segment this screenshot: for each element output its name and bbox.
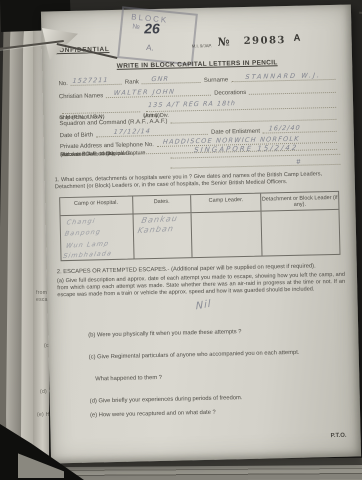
camp-entry-handwritten: Banpong xyxy=(64,228,102,238)
capture-dotted-line xyxy=(170,163,340,169)
bottom-paper-stack-edge xyxy=(52,465,362,480)
col-dates: Dates. xyxy=(133,195,192,213)
pencil-mark: # xyxy=(296,159,300,166)
camps-table: Camp or Hospital. Dates. Camp Leader. De… xyxy=(59,191,340,261)
camp-leader-cell xyxy=(192,212,263,258)
block-number-stamp: BLOCK № 26 A. xyxy=(117,6,198,65)
underlying-page-fragment: from xyxy=(36,290,47,296)
date-of-enlistment-value-handwritten: 16/2/40 xyxy=(269,124,302,133)
capture-label-line3: and date of a/c crash). xyxy=(60,151,115,159)
unit-div-value-handwritten: 135 A/T REG RA 18th xyxy=(148,99,236,109)
form-instruction: WRITE IN BLOCK CAPITAL LETTERS IN PENCIL xyxy=(42,58,352,72)
camp-entry-handwritten: Simbhalada xyxy=(63,249,113,260)
dates-cell: Bankau Kanban xyxy=(133,213,193,258)
capture-field: SINGAPORE 15/2/42 # xyxy=(170,146,341,174)
document-page: BLOCK № 26 A. CONFIDENTIAL M.I. 9/JAP. №… xyxy=(41,5,361,464)
col-camp-or-hospital: Camp or Hospital. xyxy=(60,197,133,216)
capture-value-handwritten: SINGAPORE 15/2/42 xyxy=(194,144,299,154)
what-happened-text: What happened to them ? xyxy=(95,375,162,383)
dates-entry-handwritten: Kanban xyxy=(136,224,174,235)
camp-cell: Changi Banpong Wun Lamp Simbhalada xyxy=(61,215,134,261)
no-value-handwritten: 1527211 xyxy=(73,76,110,85)
col-detachment-leader: Detachment or Block Leader (if any). xyxy=(261,192,338,211)
scanned-document-photo: from escap (c) (d) Gi (e) How BLOCK № 26… xyxy=(0,0,362,480)
date-of-birth-value-handwritten: 17/12/14 xyxy=(114,127,152,136)
copy-letter: A xyxy=(293,33,300,44)
question-2c-text: (c) Give Regimental particulars of anyon… xyxy=(89,350,300,361)
detachment-leader-cell xyxy=(262,210,340,256)
camps-table-body: Changi Banpong Wun Lamp Simbhalada Banka… xyxy=(61,210,340,260)
date-of-birth-label: Date of Birth xyxy=(60,132,93,139)
stamp-letter: A. xyxy=(146,43,154,53)
ship-field xyxy=(62,102,140,114)
stamp-block-number-handwritten: 26 xyxy=(144,20,160,36)
form-reference: M.I. 9/JAP. xyxy=(192,44,212,50)
question-2e-text: (e) How were you recaptured and on what … xyxy=(90,410,216,419)
no-label: No. xyxy=(58,81,67,87)
date-of-enlistment-field: 16/2/40 xyxy=(263,122,337,134)
nil-answer-handwritten: Nil xyxy=(196,298,212,312)
surname-field: STANNARD W.J. xyxy=(231,70,335,82)
rank-value-handwritten: GNR xyxy=(152,75,170,83)
surname-value-handwritten: STANNARD W.J. xyxy=(245,71,321,81)
camp-entry-handwritten: Changi xyxy=(66,217,96,227)
stamp-no-label: № xyxy=(132,23,140,31)
no-field: 1527211 xyxy=(71,75,122,86)
christian-names-value-handwritten: WALTER JOHN xyxy=(114,88,176,97)
camp-entry-handwritten: Wun Lamp xyxy=(65,239,110,250)
question-2b-text: (b) Were you physically fit when you mad… xyxy=(88,329,241,338)
rank-field: GNR xyxy=(142,73,201,84)
question-2a-text: (a) Give full description and approx. da… xyxy=(57,272,345,299)
question-2d-text: (d) Give briefly your experiences during… xyxy=(90,395,243,404)
please-turn-over: P.T.O. xyxy=(331,433,347,439)
col-camp-leader: Camp Leader. xyxy=(191,194,261,213)
rank-label: Rank xyxy=(125,79,139,85)
serial-number: 29083 xyxy=(244,35,287,47)
serial-no-sign: № xyxy=(218,35,230,48)
surname-label: Surname xyxy=(204,77,228,84)
